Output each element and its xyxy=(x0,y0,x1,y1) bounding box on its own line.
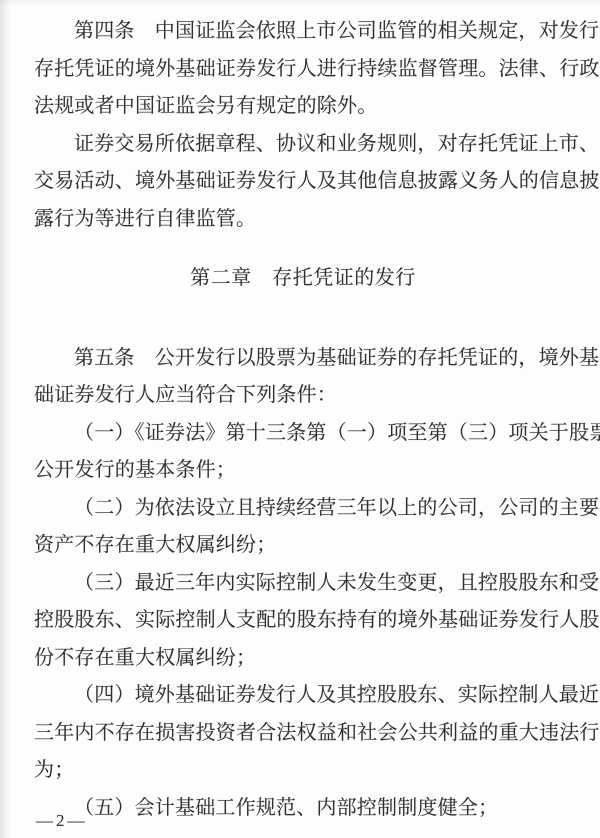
paragraph: 第五条 公开发行以股票为基础证券的存托凭证的，境外基础证券发行人应当符合下列条件… xyxy=(34,340,572,415)
paragraph: （一）《证券法》第十三条第（一）项至第（三）项关于股票公开发行的基本条件； xyxy=(34,415,572,490)
scan-edge-shading-left xyxy=(0,0,10,838)
text-line: 资产不存在重大权属纠纷； xyxy=(34,527,572,565)
text-line: 础证券发行人应当符合下列条件： xyxy=(34,377,572,415)
text-line: （五）会计基础工作规范、内部控制制度健全； xyxy=(34,790,572,828)
text-line: （二）为依法设立且持续经营三年以上的公司，公司的主要 xyxy=(34,490,572,528)
paragraph: （四）境外基础证券发行人及其控股股东、实际控制人最近三年内不存在损害投资者合法权… xyxy=(34,677,572,790)
text-line: 存托凭证的境外基础证券发行人进行持续监督管理。法律、行政 xyxy=(34,51,572,89)
text-line: 第四条 中国证监会依照上市公司监管的相关规定，对发行 xyxy=(34,13,572,51)
page-number: —2— xyxy=(36,811,88,831)
paragraph: 证券交易所依据章程、协议和业务规则，对存托凭证上市、交易活动、境外基础证券发行人… xyxy=(34,126,572,239)
text-line: 露行为等进行自律监管。 xyxy=(34,201,572,239)
document-body: 第四条 中国证监会依照上市公司监管的相关规定，对发行存托凭证的境外基础证券发行人… xyxy=(34,13,572,827)
text-line: 法规或者中国证监会另有规定的除外。 xyxy=(34,88,572,126)
text-line: 第五条 公开发行以股票为基础证券的存托凭证的，境外基 xyxy=(34,340,572,378)
text-line: （四）境外基础证券发行人及其控股股东、实际控制人最近 xyxy=(34,677,572,715)
paragraph: 第四条 中国证监会依照上市公司监管的相关规定，对发行存托凭证的境外基础证券发行人… xyxy=(34,13,572,126)
paragraph: （三）最近三年内实际控制人未发生变更，且控股股东和受控股股东、实际控制人支配的股… xyxy=(34,565,572,678)
text-line: （三）最近三年内实际控制人未发生变更，且控股股东和受 xyxy=(34,565,572,603)
text-line: （一）《证券法》第十三条第（一）项至第（三）项关于股票 xyxy=(34,415,572,453)
paragraph: （五）会计基础工作规范、内部控制制度健全； xyxy=(34,790,572,828)
paragraph: （二）为依法设立且持续经营三年以上的公司，公司的主要资产不存在重大权属纠纷； xyxy=(34,490,572,565)
text-line: 交易活动、境外基础证券发行人及其他信息披露义务人的信息披 xyxy=(34,163,572,201)
text-line: 公开发行的基本条件； xyxy=(34,452,572,490)
text-line: 三年内不存在损害投资者合法权益和社会公共利益的重大违法行 xyxy=(34,715,572,753)
text-line: 为； xyxy=(34,752,572,790)
text-line: 证券交易所依据章程、协议和业务规则，对存托凭证上市、 xyxy=(34,126,572,164)
scan-edge-shading-top xyxy=(0,0,600,6)
chapter-heading: 第二章 存托凭证的发行 xyxy=(34,260,572,298)
text-line: 份不存在重大权属纠纷； xyxy=(34,640,572,678)
text-line: 控股股东、实际控制人支配的股东持有的境外基础证券发行人股 xyxy=(34,602,572,640)
